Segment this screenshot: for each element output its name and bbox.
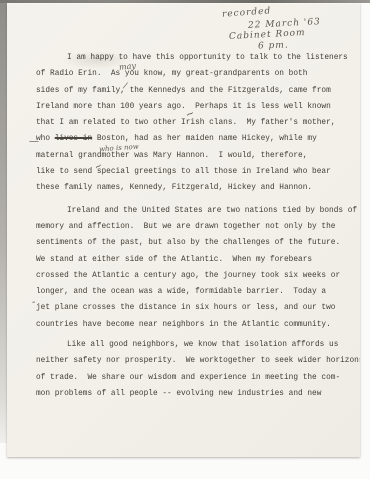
typed-segment: Boston, had as her maiden name Hickey, w…: [92, 135, 317, 143]
typed-segment: who: [36, 135, 55, 143]
typed-line: maternal grandmother was Mary Hannon. I …: [36, 148, 360, 164]
typed-line: of trade. We share our wisdom and experi…: [36, 370, 360, 386]
typed-line: countries have become near neighbors in …: [36, 317, 360, 333]
typed-text: I am happy to have this opportunity to t…: [36, 50, 360, 402]
typed-line: Ireland more than 100 years ago. Perhaps…: [36, 99, 360, 115]
typed-line: Ireland and the United States are two na…: [36, 203, 360, 219]
margin-dash-mark: -: [32, 297, 35, 308]
struck-text: lives in: [55, 135, 92, 143]
typed-line: mon problems of all people -- evolving n…: [36, 386, 360, 402]
typed-line: jet plane crosses the distance in six ho…: [36, 300, 360, 316]
typed-line: memory and affection. But we are drawn t…: [36, 219, 360, 235]
typed-line: neither safety nor prosperity. We workto…: [36, 353, 360, 369]
typed-line: these family names, Kennedy, Fitzgerald,…: [36, 180, 360, 196]
typed-line: I am happy to have this opportunity to t…: [36, 50, 360, 66]
handwritten-note-line: Cabinet Room: [229, 28, 306, 42]
handwritten-note-line: recorded: [222, 6, 272, 19]
document-page: recorded 22 March '63 Cabinet Room 6 pm.…: [7, 3, 360, 457]
typed-line: sentiments of the past, but also by the …: [36, 235, 360, 251]
typed-line: of Radio Erin. As you know, my great-gra…: [36, 66, 360, 82]
typed-line: longer, and the ocean was a wide, formid…: [36, 284, 360, 300]
typed-line: like to send special greetings to all th…: [36, 164, 360, 180]
typed-line: sides of my family, the Kennedys and the…: [36, 83, 360, 99]
typed-line-with-strike: who lives in Boston, had as her maiden n…: [36, 131, 360, 147]
typed-line: that I am related to two other Irish cla…: [36, 115, 360, 131]
typed-line: Like all good neighbors, we know that is…: [36, 337, 360, 353]
typed-line: We stand at either side of the Atlantic.…: [36, 252, 360, 268]
typed-line: crossed the Atlantic a century ago, the …: [36, 268, 360, 284]
